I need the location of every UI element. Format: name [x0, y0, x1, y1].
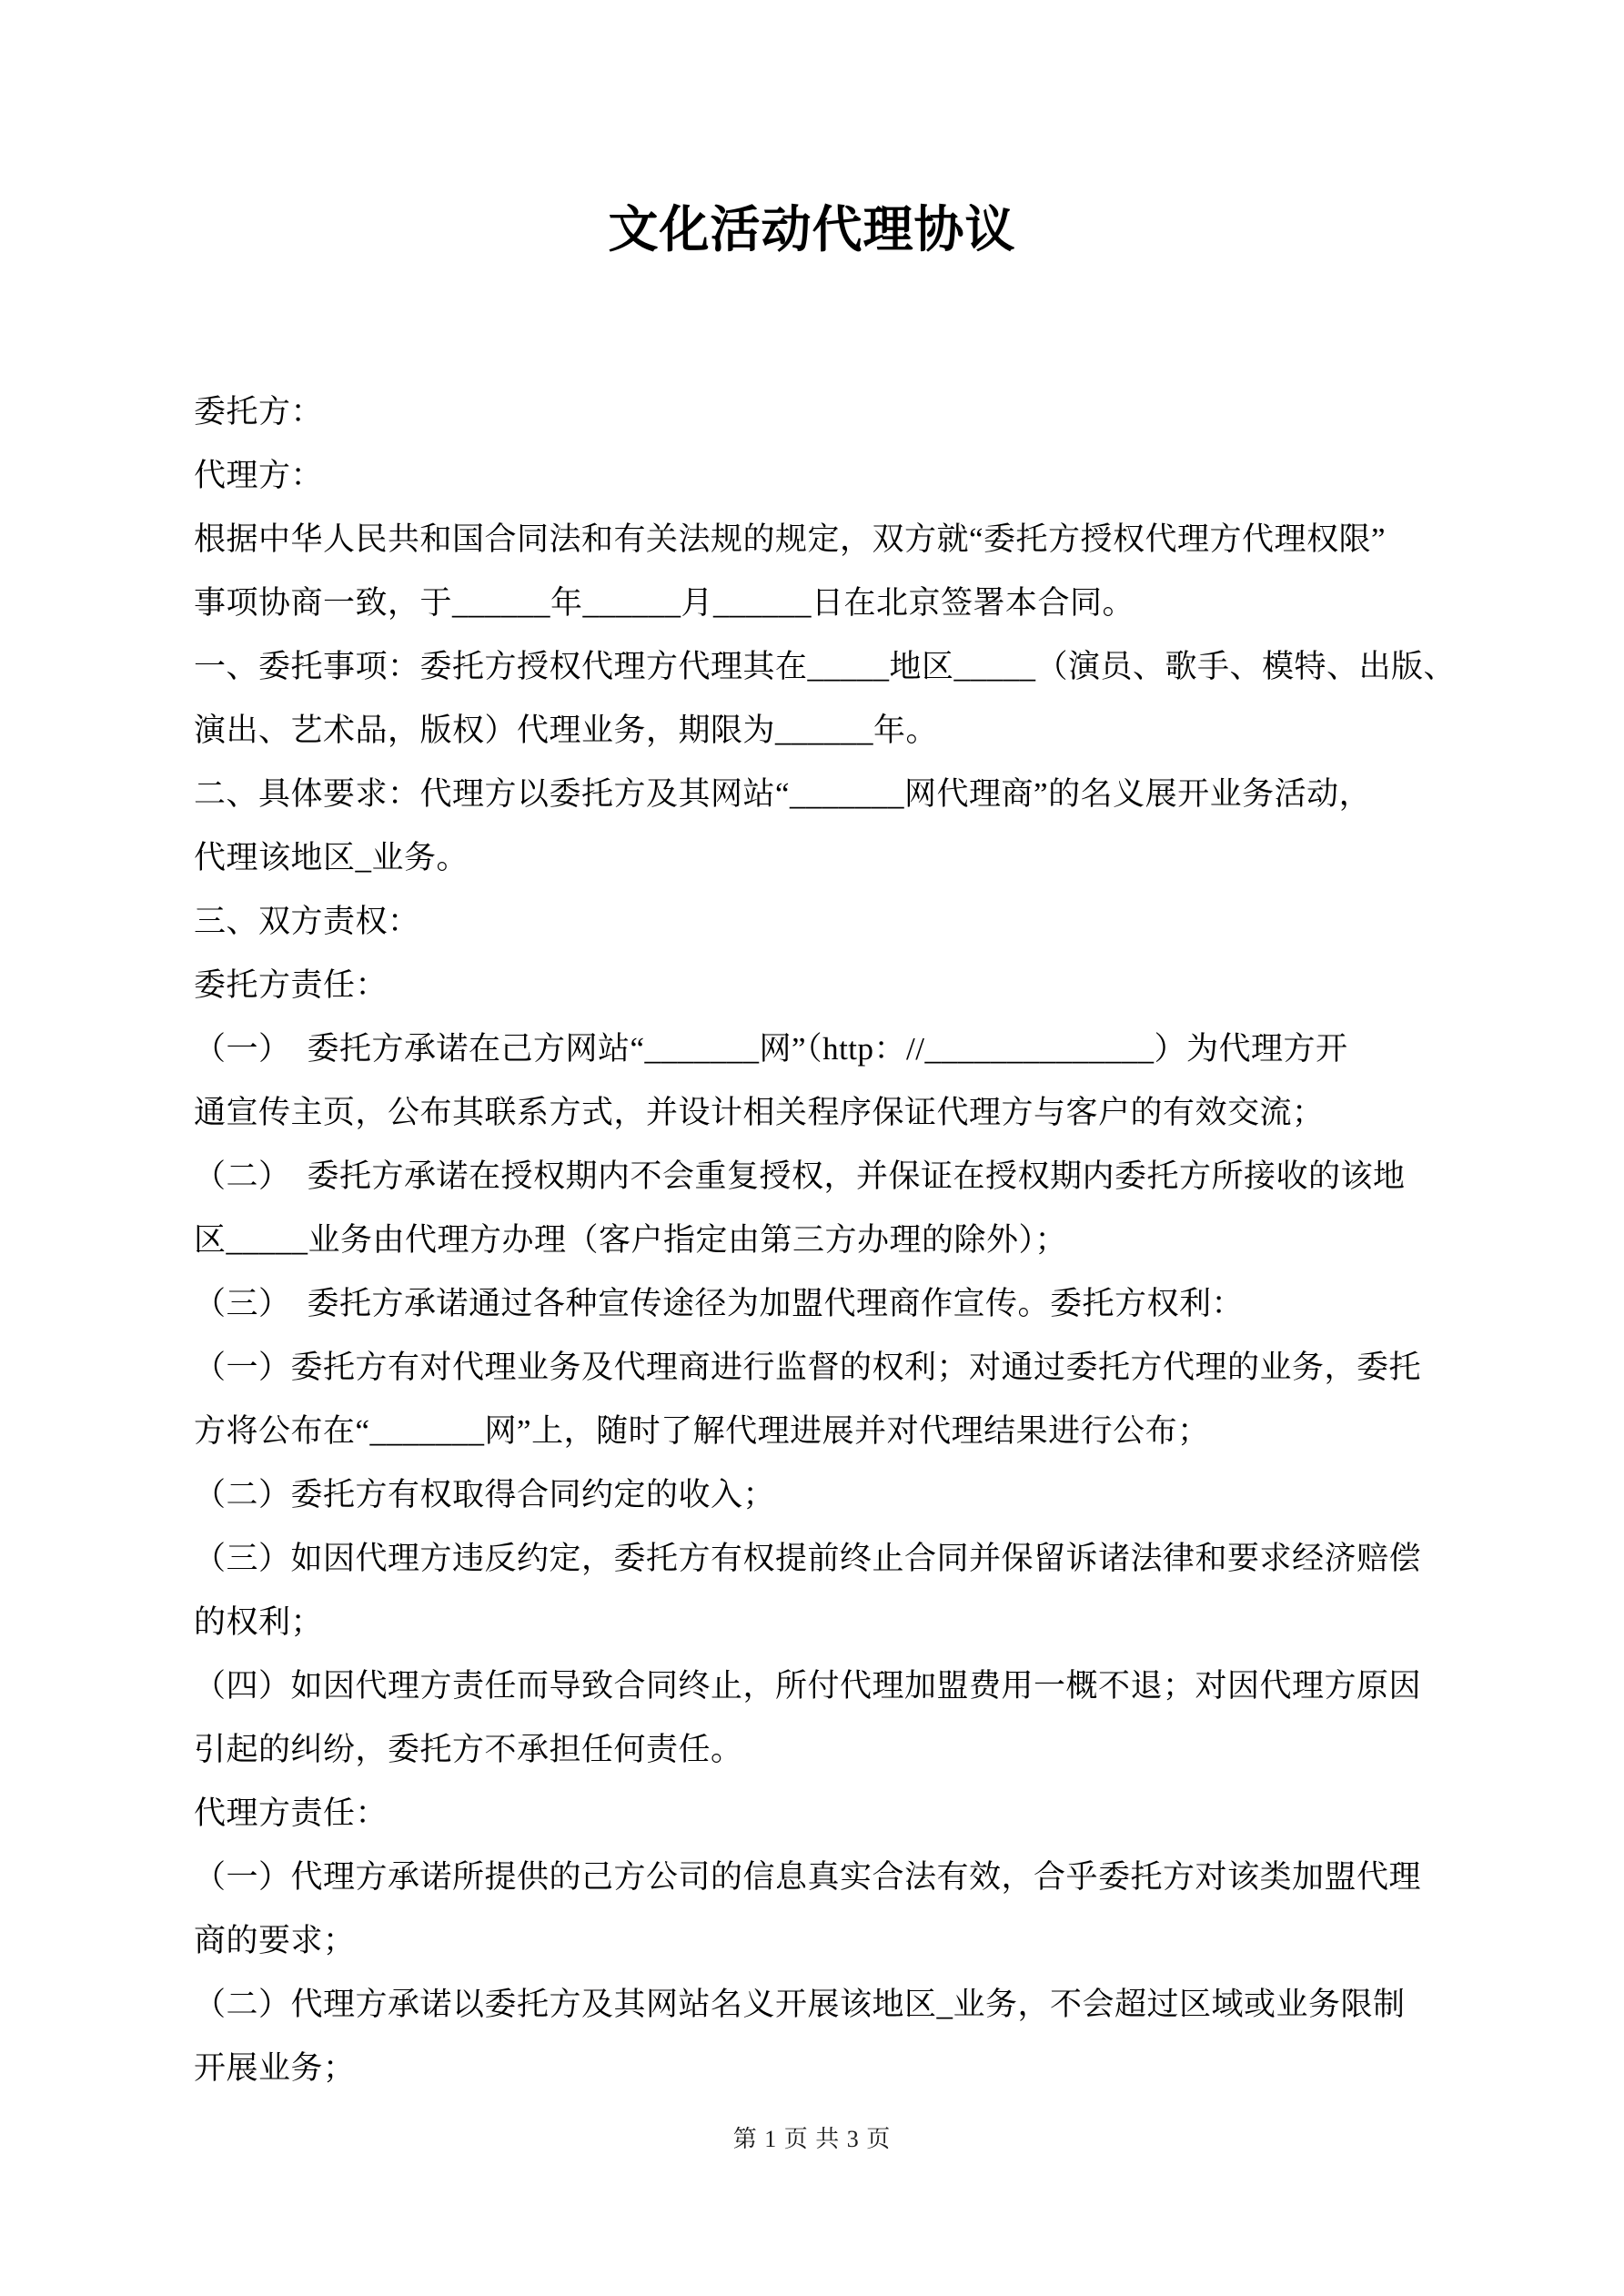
document-title: 文化活动代理协议	[0, 198, 1624, 262]
document-line: 代理该地区_业务。	[194, 826, 1447, 890]
document-line: （二）代理方承诺以委托方及其网站名义开展该地区_业务，不会超过区域或业务限制	[194, 1973, 1447, 2037]
document-line: 委托方：	[194, 380, 1447, 444]
document-line: （三）如因代理方违反约定，委托方有权提前终止合同并保留诉诸法律和要求经济赔偿	[194, 1527, 1447, 1591]
document-line: 委托方责任：	[194, 954, 1447, 1017]
document-line: （二） 委托方承诺在授权期内不会重复授权，并保证在授权期内委托方所接收的该地	[194, 1145, 1447, 1209]
document-line: 演出、艺术品，版权）代理业务，期限为______年。	[194, 699, 1447, 763]
document-line: 代理方：	[194, 444, 1447, 508]
document-line: 的权利；	[194, 1591, 1447, 1654]
document-line: 三、双方责权：	[194, 890, 1447, 954]
document-line: （一）委托方有对代理业务及代理商进行监督的权利；对通过委托方代理的业务，委托	[194, 1336, 1447, 1400]
document-line: 根据中华人民共和国合同法和有关法规的规定，双方就“委托方授权代理方代理权限”	[194, 508, 1447, 571]
document-line: 通宣传主页，公布其联系方式，并设计相关程序保证代理方与客户的有效交流；	[194, 1081, 1447, 1145]
document-line: （三） 委托方承诺通过各种宣传途径为加盟代理商作宣传。委托方权利：	[194, 1272, 1447, 1336]
document-line: （一）代理方承诺所提供的己方公司的信息真实合法有效，合乎委托方对该类加盟代理	[194, 1846, 1447, 1909]
page-number-footer: 第 1 页 共 3 页	[0, 2121, 1624, 2158]
document-page: 文化活动代理协议 委托方：代理方：根据中华人民共和国合同法和有关法规的规定，双方…	[0, 0, 1624, 2296]
document-line: 事项协商一致，于______年______月______日在北京签署本合同。	[194, 571, 1447, 635]
document-line: 区_____业务由代理方办理（客户指定由第三方办理的除外）；	[194, 1209, 1447, 1272]
document-line: 一、委托事项：委托方授权代理方代理其在_____地区_____（演员、歌手、模特…	[194, 635, 1447, 699]
document-line: 代理方责任：	[194, 1782, 1447, 1846]
document-line: （二）委托方有权取得合同约定的收入；	[194, 1463, 1447, 1527]
document-line: 开展业务；	[194, 2037, 1447, 2100]
document-body: 委托方：代理方：根据中华人民共和国合同法和有关法规的规定，双方就“委托方授权代理…	[194, 380, 1447, 2100]
document-line: （一） 委托方承诺在己方网站“_______网”（http：//________…	[194, 1017, 1447, 1081]
document-line: 二、具体要求：代理方以委托方及其网站“_______网代理商”的名义展开业务活动…	[194, 763, 1447, 826]
document-line: 方将公布在“_______网”上，随时了解代理进展并对代理结果进行公布；	[194, 1400, 1447, 1463]
document-line: （四）如因代理方责任而导致合同终止，所付代理加盟费用一概不退；对因代理方原因	[194, 1654, 1447, 1718]
document-line: 引起的纠纷，委托方不承担任何责任。	[194, 1718, 1447, 1782]
document-line: 商的要求；	[194, 1909, 1447, 1973]
